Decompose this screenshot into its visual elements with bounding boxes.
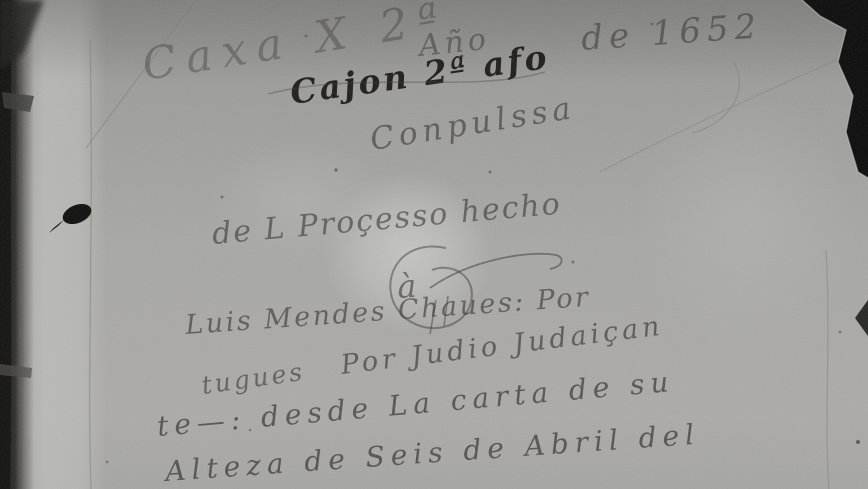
manuscript-scene: Caxa X 2ª Año de 1652 Cajon 2ª afo Conpu… — [0, 0, 868, 489]
manuscript-photo: Caxa X 2ª Año de 1652 Cajon 2ª afo Conpu… — [0, 0, 868, 489]
film-grain-overlay — [0, 0, 868, 489]
